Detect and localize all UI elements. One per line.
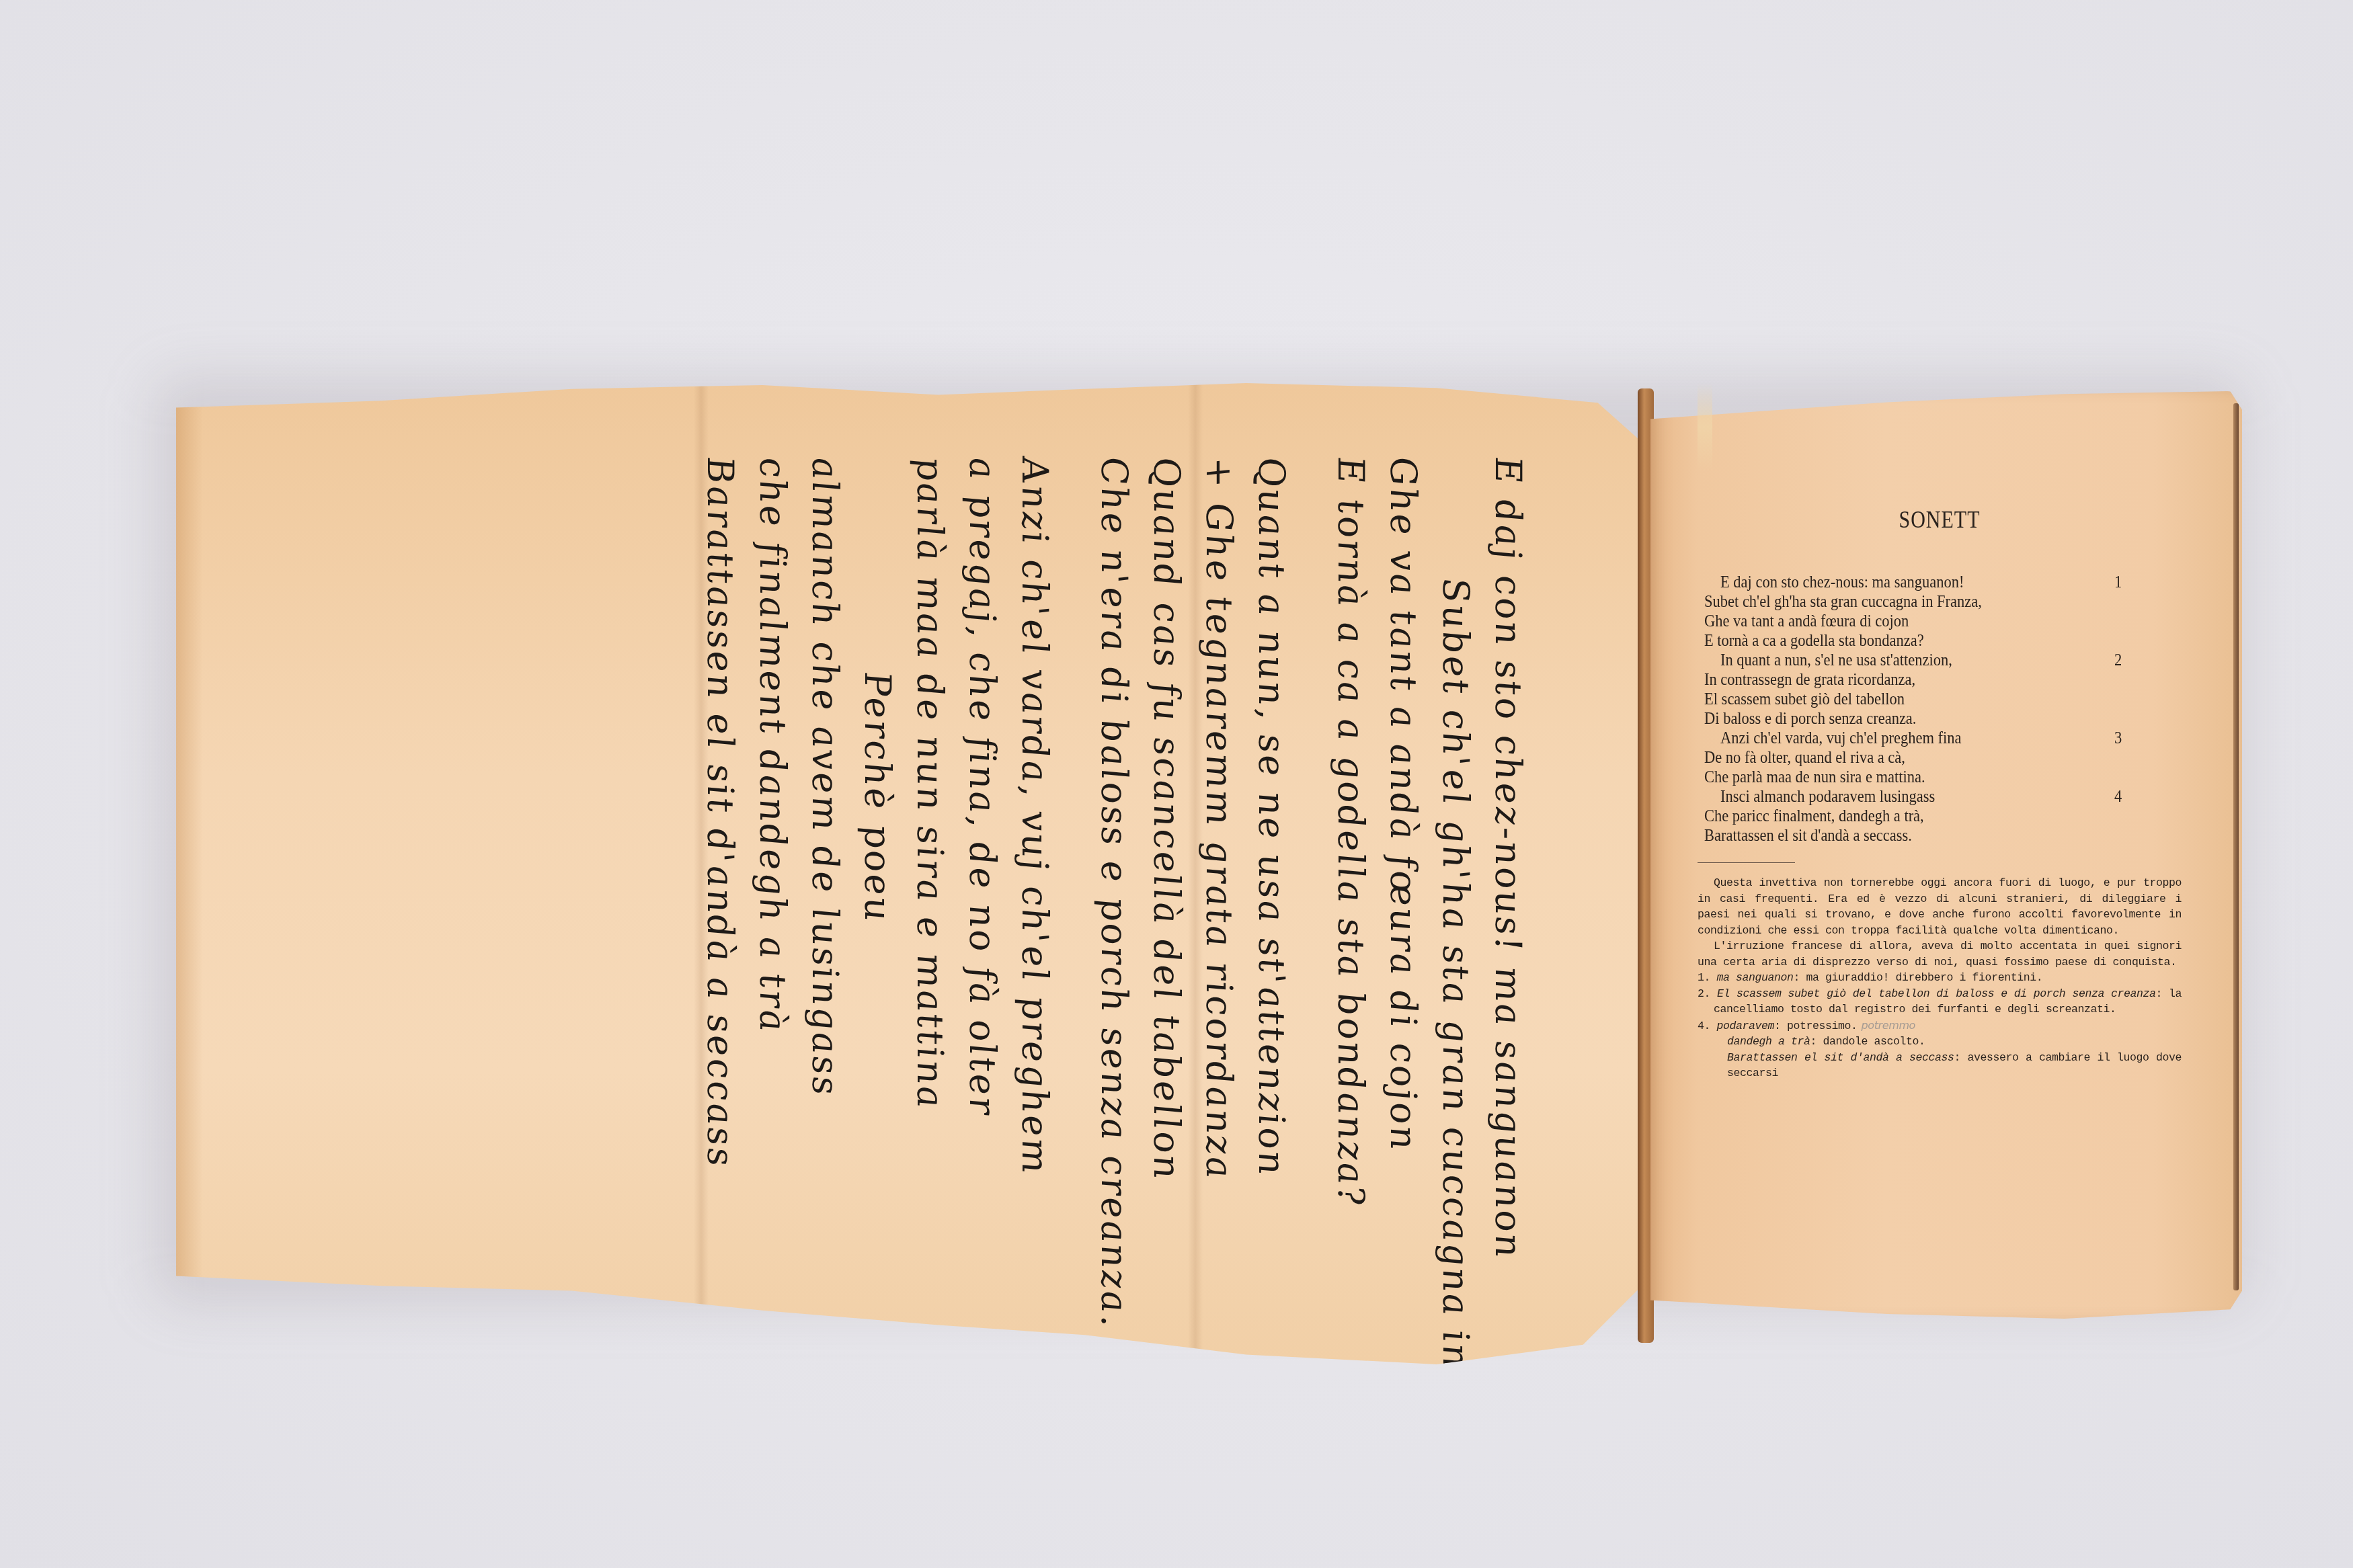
handwritten-line: E tornà a ca a godella sta bondanza? xyxy=(1324,427,1377,1367)
handwritten-line: Barattassen el sit d'andà a seccass xyxy=(694,427,746,1367)
commentary-paragraph: Questa invettiva non tornerebbe oggi anc… xyxy=(1698,875,2182,938)
stanza-number: 2 xyxy=(2114,649,2122,670)
footnotes: Questa invettiva non tornerebbe oggi anc… xyxy=(1698,875,2182,1081)
verse-line: El scassem subet giò del tabellon xyxy=(1698,688,2182,709)
verse-line: Insci almanch podaravem lusingass4 xyxy=(1698,785,2182,807)
handwritten-line: Che n'era di baloss e porch senza creanz… xyxy=(1088,427,1140,1367)
handwritten-text: E daj con sto chez-nous! ma sanguanon Su… xyxy=(176,383,1642,1364)
verse-line: Che parlà maa de nun sira e mattina. xyxy=(1698,766,2182,787)
book-cover-edge xyxy=(2233,403,2239,1290)
handwritten-line: che finalment dandegh a trà xyxy=(746,427,799,1367)
footnote-item: 1. ma sanguanon: ma giuraddio! direbbero… xyxy=(1698,970,2182,986)
pencil-annotation: potremmo xyxy=(1862,1019,1915,1032)
stanza-number: 1 xyxy=(2114,571,2122,592)
page-title: SONETT xyxy=(1698,507,2182,534)
verse-line: Subet ch'el gh'ha sta gran cuccagna in F… xyxy=(1698,590,2182,612)
handwritten-line: parlà maa de nun sira e mattina xyxy=(904,427,956,1367)
footnote-divider xyxy=(1698,862,1795,863)
handwritten-line: Quand cas fu scancellà del tabellon xyxy=(1140,427,1193,1367)
open-book: E daj con sto chez-nous! ma sanguanon Su… xyxy=(0,0,2353,1568)
paper-stain xyxy=(1698,383,1712,470)
stanza-number: 3 xyxy=(2114,727,2122,748)
footnote-item: Barattassen el sit d'andà a seccass: ave… xyxy=(1698,1050,2182,1081)
sonnet: E daj con sto chez-nous: ma sanguanon!1 … xyxy=(1698,572,2182,845)
handwritten-line: Ghe va tant a andà fœura di cojon xyxy=(1377,427,1429,1367)
verse-line: E tornà a ca a godella sta bondanza? xyxy=(1698,629,2182,651)
verse-line: Barattassen el sit d'andà a seccass. xyxy=(1698,824,2182,845)
footnote-item: 2. El scassem subet giò del tabellon di … xyxy=(1698,986,2182,1018)
handwritten-line: Subet ch'el gh'ha sta gran cuccagna in F… xyxy=(1429,427,1482,1367)
footnote-item: dandegh a trà: dandole ascolto. xyxy=(1698,1034,2182,1050)
stanza-number: 4 xyxy=(2114,785,2122,807)
verse-line: Anzi ch'el varda, vuj ch'el preghem fina… xyxy=(1698,727,2182,748)
manuscript-foldout-page: E daj con sto chez-nous! ma sanguanon Su… xyxy=(176,383,1642,1364)
handwritten-line: E daj con sto chez-nous! ma sanguanon xyxy=(1482,427,1534,1367)
handwritten-line: a pregaj, che fina, de no fà olter xyxy=(956,427,1008,1367)
verse-line: E daj con sto chez-nous: ma sanguanon!1 xyxy=(1698,571,2182,592)
handwritten-line: + Ghe tegnaremm grata ricordanza xyxy=(1193,427,1245,1367)
verse-line: In contrassegn de grata ricordanza, xyxy=(1698,668,2182,690)
verse-line: Che paricc finalment, dandegh a trà, xyxy=(1698,804,2182,826)
handwritten-line: Quant a nun, se ne usa st'attenzion xyxy=(1245,427,1298,1367)
verse-line: De no fà olter, quand el riva a cà, xyxy=(1698,746,2182,768)
footnote-item: 4. podaravem: potressimo.potremmo xyxy=(1698,1018,2182,1034)
verse-line: Ghe va tant a andà fœura di cojon xyxy=(1698,610,2182,631)
handwritten-line: Anzi ch'el varda, vuj ch'el preghem xyxy=(1008,427,1061,1367)
verse-line: Di baloss e di porch senza creanza. xyxy=(1698,707,2182,729)
page-content: SONETT E daj con sto chez-nous: ma sangu… xyxy=(1698,509,2182,1081)
printed-page: SONETT E daj con sto chez-nous: ma sangu… xyxy=(1650,391,2242,1319)
verse-line: In quant a nun, s'el ne usa st'attenzion… xyxy=(1698,649,2182,670)
commentary-paragraph: L'irruzione francese di allora, aveva di… xyxy=(1698,938,2182,970)
handwritten-line: almanch che avem de lusingass xyxy=(799,427,851,1367)
handwritten-line: Perchè poeu xyxy=(851,427,904,1367)
